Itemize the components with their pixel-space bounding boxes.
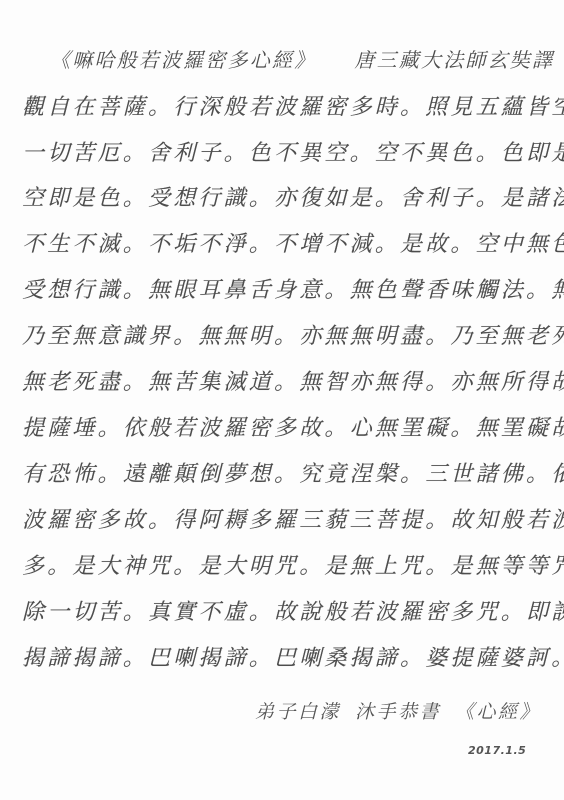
text-line: 受想行識。無眼耳鼻舌身意。無色聲香味觸法。無眼界 (22, 273, 564, 304)
sutra-title: 《嘛哈般若波羅密多心經》 (50, 48, 316, 72)
text-line: 除一切苦。真實不虛。故說般若波羅密多咒。即說咒曰： (22, 595, 564, 626)
text-line: 提薩埵。依般若波羅密多故。心無罣礙。無罣礙故。無 (22, 411, 564, 442)
text-line: 揭諦揭諦。巴喇揭諦。巴喇桑揭諦。婆提薩婆訶。 (22, 641, 564, 672)
text-line: 無老死盡。無苦集滅道。無智亦無得。亦無所得故。菩 (22, 365, 564, 396)
text-line: 觀自在菩薩。行深般若波羅密多時。照見五蘊皆空。度 (22, 90, 564, 121)
signature-work: 《心經》 (455, 701, 541, 723)
text-line: 有恐怖。遠離顛倒夢想。究竟涅槃。三世諸佛。依般若 (22, 457, 564, 488)
text-line: 多。是大神咒。是大明咒。是無上咒。是無等等咒。能 (22, 549, 564, 580)
text-line: 波羅密多故。得阿耨多羅三藐三菩提。故知般若波羅密 (22, 503, 564, 534)
signature-line: 弟子白濛沐手恭書《心經》 (255, 697, 541, 724)
signature-action: 沐手恭書 (355, 701, 441, 723)
text-line: 乃至無意識界。無無明。亦無無明盡。乃至無老死。亦 (22, 319, 564, 350)
sutra-heading: 《嘛哈般若波羅密多心經》唐三藏大法師玄奘譯 (50, 44, 554, 73)
sutra-translator: 唐三藏大法師玄奘譯 (354, 48, 554, 72)
text-line: 空即是色。受想行識。亦復如是。舍利子。是諸法空相。 (22, 181, 564, 212)
text-line: 一切苦厄。舍利子。色不異空。空不異色。色即是空。 (22, 136, 564, 167)
signature-disciple: 弟子白濛 (255, 701, 341, 723)
handwritten-sutra-page: 《嘛哈般若波羅密多心經》唐三藏大法師玄奘譯 觀自在菩薩。行深般若波羅密多時。照見… (0, 0, 564, 800)
date-stamp: 2017.1.5 (468, 744, 526, 757)
text-line: 不生不滅。不垢不淨。不增不減。是故。空中無色。無 (22, 227, 564, 258)
